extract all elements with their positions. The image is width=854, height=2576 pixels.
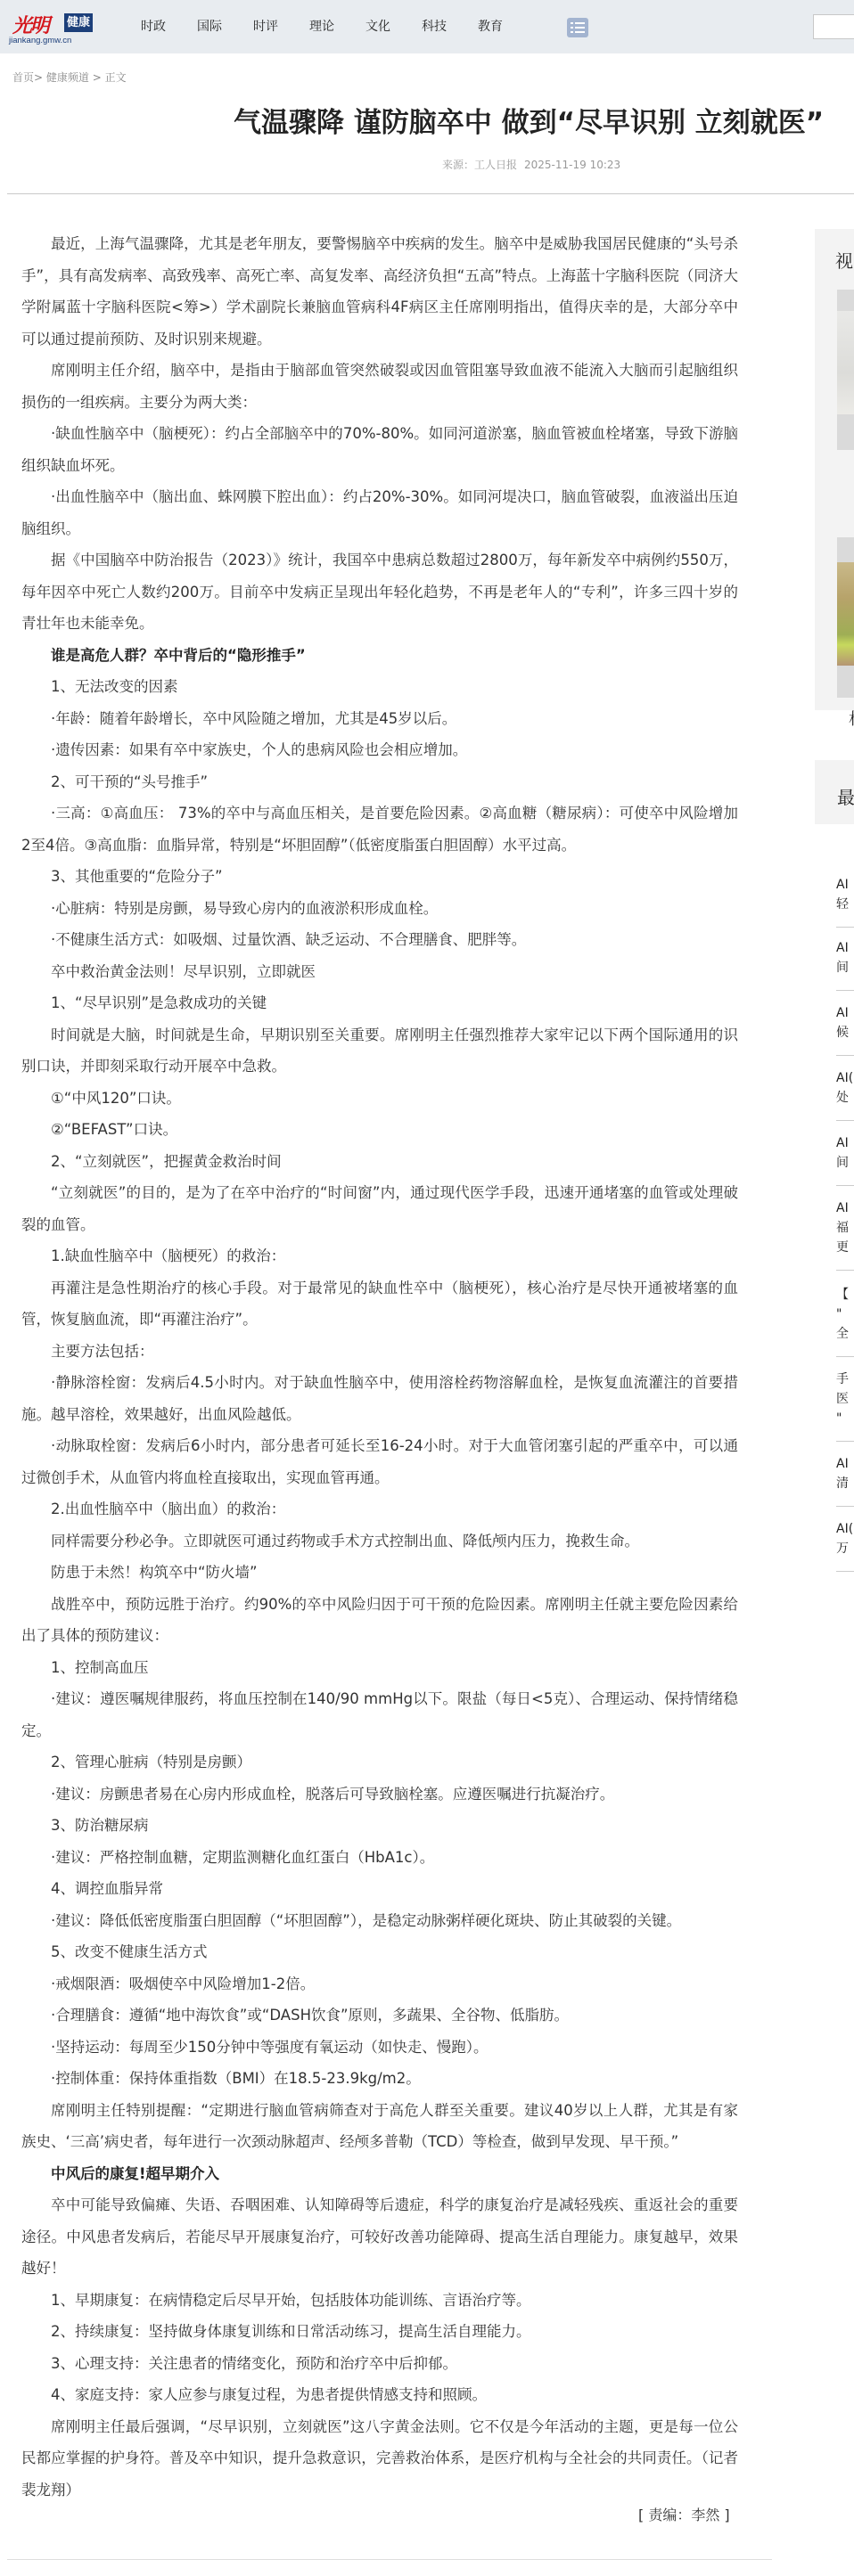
nav-item-commentary[interactable]: 时评 bbox=[253, 18, 278, 36]
article-paragraph: 防患于未然！构筑卒中“防火墙” bbox=[21, 1557, 738, 1589]
breadcrumb-current: 正文 bbox=[105, 71, 127, 84]
article-paragraph: ①“中风120”口诀。 bbox=[21, 1083, 738, 1115]
list-divider bbox=[836, 1356, 854, 1357]
nav-item-tech[interactable]: 科技 bbox=[422, 18, 447, 36]
latest-news-item[interactable]: AI( 万 bbox=[836, 1519, 854, 1558]
video-thumbnail[interactable] bbox=[837, 290, 854, 450]
article-paragraph: 4、家庭支持：家人应参与康复过程，为患者提供情感支持和照顾。 bbox=[21, 2379, 738, 2411]
article-paragraph: 卒中救治黄金法则！尽早识别，立即就医 bbox=[21, 956, 738, 988]
list-divider bbox=[836, 1571, 854, 1572]
article-paragraph: ·遗传因素：如果有卒中家族史，个人的患病风险也会相应增加。 bbox=[21, 734, 738, 766]
latest-news-item[interactable]: 手 医 " bbox=[836, 1370, 854, 1428]
article-paragraph: ·建议：降低低密度脂蛋白胆固醇（“坏胆固醇”），是稳定动脉粥样硬化斑块、防止其破… bbox=[21, 1905, 738, 1937]
breadcrumb-separator: > bbox=[89, 71, 105, 84]
logo-url: jiankang.gmw.cn bbox=[9, 36, 71, 45]
article-paragraph: 1、“尽早识别”是急救成功的关键 bbox=[21, 987, 738, 1019]
section-heading: 谁是高危人群？卒中背后的“隐形推手” bbox=[21, 640, 738, 672]
article-paragraph: 1、控制高血压 bbox=[21, 1652, 738, 1684]
article-paragraph: 2、“立刻就医”，把握黄金救治时间 bbox=[21, 1146, 738, 1178]
section-heading: 中风后的康复!超早期介入 bbox=[21, 2158, 738, 2190]
article-date: 2025-11-19 10:23 bbox=[524, 159, 620, 171]
breadcrumb-channel[interactable]: 健康频道 bbox=[43, 71, 89, 84]
article-paragraph: 2.出血性脑卒中（脑出血）的救治： bbox=[21, 1493, 738, 1525]
article-paragraph: ·动脉取栓窗：发病后6小时内，部分患者可延长至16-24小时。对于大血管闭塞引起… bbox=[21, 1430, 738, 1493]
latest-news-item[interactable]: 【 " 全 bbox=[836, 1285, 854, 1344]
list-divider bbox=[836, 990, 854, 991]
article-paragraph: 2、管理心脏病（特别是房颤） bbox=[21, 1746, 738, 1779]
article-paragraph: 战胜卒中，预防远胜于治疗。约90%的卒中风险归因于可干预的危险因素。席刚明主任就… bbox=[21, 1589, 738, 1652]
video-caption[interactable]: 林 bbox=[849, 707, 854, 730]
article-paragraph: ·三高：①高血压： 73%的卒中与高血压相关，是首要危险因素。②高血糖（糖尿病）… bbox=[21, 797, 738, 861]
article-paragraph: 据《中国脑卒中防治报告（2023）》统计，我国卒中患病总数超过2800万，每年新… bbox=[21, 544, 738, 640]
video-thumbnail[interactable] bbox=[837, 537, 854, 698]
article-meta: 来源：工人日报2025-11-19 10:23 bbox=[442, 157, 620, 172]
article-paragraph: ·戒烟限酒：吸烟使卒中风险增加1-2倍。 bbox=[21, 1968, 738, 2000]
logo-brush-text: 光明 bbox=[12, 11, 48, 38]
top-navigation-bar: 光明 健康 jiankang.gmw.cn 时政 国际 时评 理论 文化 科技 … bbox=[0, 0, 854, 53]
latest-section-title: 最 bbox=[837, 783, 854, 809]
article-title: 气温骤降 谨防脑卒中 做到“尽早识别 立刻就医” bbox=[234, 100, 824, 140]
nav-item-politics[interactable]: 时政 bbox=[141, 18, 166, 36]
article-paragraph: ·心脏病：特别是房颤，易导致心房内的血液淤积形成血栓。 bbox=[21, 893, 738, 925]
article-paragraph: ·合理膳食：遵循“地中海饮食”或“DASH饮食”原则，多蔬果、全谷物、低脂肪。 bbox=[21, 1999, 738, 2032]
article-paragraph: “立刻就医”的目的，是为了在卒中治疗的“时间窗”内，通过现代医学手段，迅速开通堵… bbox=[21, 1177, 738, 1240]
article-paragraph: 时间就是大脑，时间就是生命，早期识别至关重要。席刚明主任强烈推荐大家牢记以下两个… bbox=[21, 1019, 738, 1083]
breadcrumb: 首页> 健康频道 > 正文 bbox=[12, 70, 127, 85]
article-paragraph: ·不健康生活方式：如吸烟、过量饮酒、缺乏运动、不合理膳食、肥胖等。 bbox=[21, 924, 738, 956]
article-paragraph: 再灌注是急性期治疗的核心手段。对于最常见的缺血性卒中（脑梗死），核心治疗是尽快开… bbox=[21, 1272, 738, 1336]
article-paragraph: ·年龄：随着年龄增长，卒中风险随之增加，尤其是45岁以后。 bbox=[21, 703, 738, 735]
article-paragraph: 5、改变不健康生活方式 bbox=[21, 1936, 738, 1968]
list-divider bbox=[836, 1185, 854, 1186]
video-section: 视 林 bbox=[815, 229, 854, 710]
article-body: 最近，上海气温骤降，尤其是老年朋友，要警惕脑卒中疾病的发生。脑卒中是威胁我国居民… bbox=[21, 228, 738, 2506]
latest-news-item[interactable]: AI( 处 bbox=[836, 1068, 854, 1108]
logo-channel-badge: 健康 bbox=[64, 13, 93, 32]
latest-news-item[interactable]: AI 清 bbox=[836, 1454, 854, 1493]
latest-news-item[interactable]: AI 福 更 bbox=[836, 1198, 854, 1257]
article-paragraph: 席刚明主任特别提醒：“定期进行脑血管病筛查对于高危人群至关重要。建议40岁以上人… bbox=[21, 2095, 738, 2158]
article-paragraph: 席刚明主任介绍，脑卒中，是指由于脑部血管突然破裂或因血管阻塞导致血液不能流入大脑… bbox=[21, 355, 738, 418]
list-divider bbox=[836, 1055, 854, 1056]
search-input[interactable] bbox=[813, 14, 854, 39]
site-logo[interactable]: 光明 健康 jiankang.gmw.cn bbox=[9, 9, 107, 46]
article-paragraph: ·缺血性脑卒中（脑梗死）：约占全部脑卒中的70%-80%。如同河道淤塞，脑血管被… bbox=[21, 418, 738, 481]
latest-news-item[interactable]: AI 候 bbox=[836, 1003, 854, 1043]
breadcrumb-home[interactable]: 首页> bbox=[12, 71, 43, 84]
article-paragraph: ·建议：严格控制血糖，定期监测糖化血红蛋白（HbA1c）。 bbox=[21, 1842, 738, 1874]
latest-section-header: 最 bbox=[815, 760, 854, 824]
nav-item-international[interactable]: 国际 bbox=[197, 18, 222, 36]
article-paragraph: ·坚持运动：每周至少150分钟中等强度有氧运动（如快走、慢跑）。 bbox=[21, 2032, 738, 2064]
nav-item-education[interactable]: 教育 bbox=[478, 18, 503, 36]
nav-item-culture[interactable]: 文化 bbox=[365, 18, 390, 36]
footer-divider bbox=[7, 2559, 772, 2560]
article-paragraph: 2、可干预的“头号推手” bbox=[21, 766, 738, 798]
article-paragraph: 1、早期康复：在病情稳定后尽早开始，包括肢体功能训练、言语治疗等。 bbox=[21, 2285, 738, 2317]
responsible-editor: [ 责编：李然 ] bbox=[638, 2504, 730, 2524]
article-paragraph: 最近，上海气温骤降，尤其是老年朋友，要警惕脑卒中疾病的发生。脑卒中是威胁我国居民… bbox=[21, 228, 738, 355]
list-menu-icon[interactable] bbox=[567, 18, 588, 37]
article-paragraph: 2、持续康复：坚持做身体康复训练和日常活动练习，提高生活自理能力。 bbox=[21, 2316, 738, 2348]
article-paragraph: 3、其他重要的“危险分子” bbox=[21, 861, 738, 893]
latest-news-item[interactable]: AI 间 bbox=[836, 1133, 854, 1173]
article-paragraph: 4、调控血脂异常 bbox=[21, 1873, 738, 1905]
main-nav: 时政 国际 时评 理论 文化 科技 教育 bbox=[141, 18, 534, 36]
article-paragraph: ·建议：遵医嘱规律服药，将血压控制在140/90 mmHg以下。限盐（每日<5克… bbox=[21, 1683, 738, 1746]
article-paragraph: ·建议：房颤患者易在心房内形成血栓，脱落后可导致脑栓塞。应遵医嘱进行抗凝治疗。 bbox=[21, 1779, 738, 1811]
list-divider bbox=[836, 927, 854, 928]
article-paragraph: 主要方法包括： bbox=[21, 1336, 738, 1368]
article-paragraph: 同样需要分秒必争。立即就医可通过药物或手术方式控制出血、降低颅内压力，挽救生命。 bbox=[21, 1525, 738, 1558]
list-divider bbox=[836, 1441, 854, 1442]
list-divider bbox=[836, 1120, 854, 1121]
article-paragraph: 1、无法改变的因素 bbox=[21, 671, 738, 703]
latest-news-item[interactable]: AI 轻 bbox=[836, 875, 854, 914]
article-paragraph: 3、心理支持：关注患者的情绪变化，预防和治疗卒中后抑郁。 bbox=[21, 2348, 738, 2380]
article-paragraph: ·控制体重：保持体重指数（BMI）在18.5-23.9kg/m2。 bbox=[21, 2063, 738, 2095]
nav-item-theory[interactable]: 理论 bbox=[309, 18, 334, 36]
article-paragraph: 3、防治糖尿病 bbox=[21, 1810, 738, 1842]
article-paragraph: 席刚明主任最后强调，“尽早识别，立刻就医”这八字黄金法则。它不仅是今年活动的主题… bbox=[21, 2411, 738, 2506]
article-paragraph: ·出血性脑卒中（脑出血、蛛网膜下腔出血）：约占20%-30%。如同河堤决口，脑血… bbox=[21, 481, 738, 544]
video-section-title: 视 bbox=[835, 247, 853, 273]
article-paragraph: ②“BEFAST”口诀。 bbox=[21, 1114, 738, 1146]
latest-news-item[interactable]: AI 间 bbox=[836, 938, 854, 977]
list-divider bbox=[836, 1270, 854, 1271]
article-source: 来源：工人日报 bbox=[442, 159, 517, 171]
article-paragraph: ·静脉溶栓窗：发病后4.5小时内。对于缺血性脑卒中，使用溶栓药物溶解血栓，是恢复… bbox=[21, 1367, 738, 1430]
article-paragraph: 1.缺血性脑卒中（脑梗死）的救治： bbox=[21, 1240, 738, 1272]
article-paragraph: 卒中可能导致偏瘫、失语、吞咽困难、认知障碍等后遗症，科学的康复治疗是减轻残疾、重… bbox=[21, 2189, 738, 2285]
header-divider bbox=[7, 193, 854, 194]
list-divider bbox=[836, 1506, 854, 1507]
